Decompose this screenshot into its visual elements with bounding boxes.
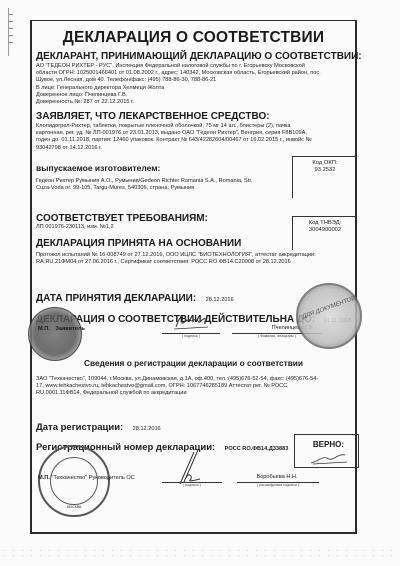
for-documents-stamp-text: ДЛЯ ДОКУМЕНТОВ [299, 295, 359, 322]
document-title: ДЕКЛАРАЦИЯ О СООТВЕТСТВИИ [32, 29, 355, 47]
acceptance-date-row: ДАТА ПРИНЯТИЯ ДЕКЛАРАЦИИ: 28.12.2016 [36, 288, 234, 306]
registration-date-row: Дата регистрации: 28.12.2016 [36, 417, 161, 435]
registration-date-label: Дата регистрации: [36, 422, 123, 433]
declarant-round-stamp [28, 307, 82, 361]
verno-certification-box: ВЕРНО: [294, 434, 359, 468]
declarant-details: АО "ГЕДЕОН РИХТЕР - РУС", Инспекция Феде… [36, 63, 356, 106]
requirements-value: ЛП 001976-230113, изм. №1,2 [36, 224, 114, 231]
binder-margin-marks [8, 8, 13, 56]
registrar-signature-icon [174, 446, 210, 486]
basis-heading: ДЕКЛАРАЦИЯ ПРИНЯТА НА ОСНОВАНИИ [36, 238, 241, 249]
declaration-frame: ДЕКЛАРАЦИЯ О СООТВЕТСТВИИ ДЕКЛАРАНТ, ПРИ… [30, 20, 357, 534]
tnved-label: Код ТНВЭД: [293, 220, 357, 227]
product-heading: ЗАЯВЛЯЕТ, ЧТО ЛЕКАРСТВЕННОЕ СРЕДСТВО: [36, 111, 270, 122]
product-line: 93042798 от 14.12.2016 г. [36, 145, 356, 152]
registrar-role: Руководитель ОС [89, 475, 135, 481]
for-documents-stamp: ДЛЯ ДОКУМЕНТОВ [296, 283, 362, 349]
okp-value: 93 2532 [293, 167, 357, 174]
declarant-signature-icon [172, 311, 212, 333]
declarant-line: Доверенность №: 287 от 22.12.2015 г. [36, 99, 356, 106]
registration-date-value: 28.12.2016 [133, 426, 161, 432]
declarant-signature-caption: ( подпись ) [162, 333, 220, 338]
acceptance-date-label: ДАТА ПРИНЯТИЯ ДЕКЛАРАЦИИ: [36, 293, 196, 304]
registrar-signature-caption: ( подпись ) [162, 482, 222, 487]
declarant-role: Заявитель [55, 326, 85, 332]
registrar-name-caption: ( расшифровка подписи ) [237, 482, 319, 487]
manufacturer-details: Гедеон Рихтер Румыния А.О., Румыния/Gede… [36, 178, 296, 192]
basis-line: RA.RU.21ФМ04 от 27.06.2016 г., Сертифика… [36, 259, 358, 266]
tnved-value: 3004900002 [293, 227, 357, 234]
product-line: годен до: 01.11.2018, партия: 12460 упак… [36, 137, 356, 144]
declarant-line: области ОГРН: 1025001466401 от 01.08.200… [36, 70, 356, 77]
verno-label: ВЕРНО: [295, 440, 344, 449]
requirements-heading: СООТВЕТСТВУЕТ ТРЕБОВАНИЯМ: [36, 213, 208, 224]
declarant-heading: ДЕКЛАРАНТ, ПРИНИМАЮЩИЙ ДЕКЛАРАЦИЮ О СООТ… [36, 51, 362, 62]
declarant-line: Доверенное лицо: Пчелинцева Г.В. [36, 92, 356, 99]
acceptance-date-value: 28.12.2016 [206, 297, 234, 303]
registrar-stamp-org: "Техкачество" [51, 475, 87, 481]
registration-line: ЗАО "Техкачество", 109044, г.Москва, ул.… [36, 376, 358, 383]
tnved-code-box: Код ТНВЭД: 3004900002 [292, 216, 357, 250]
scan-noise [0, 548, 400, 558]
registrar-mp-row: М.П. "Техкачество" Руководитель ОС [38, 475, 135, 482]
manufacturer-line: Cuza-Voda nr. 99-105, Targu-Mures, 54030… [36, 185, 296, 192]
registrar-stamp-city: МОСКВА [40, 505, 108, 509]
declarant-line: В лице: Генерального директора Хелмеци Ж… [36, 85, 356, 92]
mp-label: М.П. [38, 326, 50, 332]
manufacturer-heading: выпускаемое изготовителем: [36, 163, 160, 173]
okp-label: Код ОКП: [293, 160, 357, 167]
registration-line: RU.0001.11ФВ14, Федеральной службой по а… [36, 390, 358, 397]
registration-heading: Сведения о регистрации декларации о соот… [32, 358, 355, 368]
manufacturer-line: Гедеон Рихтер Румыния А.О., Румыния/Gede… [36, 178, 296, 185]
registrar-mp-label: М.П. [38, 475, 50, 481]
declarant-mp-row: М.П. Заявитель [38, 326, 85, 333]
registration-details: ЗАО "Техкачество", 109044, г.Москва, ул.… [36, 376, 358, 398]
product-details: Клопидогрел-Рихтер, таблетки, покрытые п… [36, 123, 356, 152]
basis-details: Протокол испытаний № 16-008749 от 27.12.… [36, 252, 358, 266]
registration-number-value: РОСС RO.ФВ14.Д33883 [225, 446, 289, 452]
registrar-name: Воробьева Н.Н. [237, 474, 317, 481]
okp-code-box: Код ОКП: 93 2532 [292, 156, 357, 198]
verno-signature-icon [309, 451, 349, 465]
basis-line: Протокол испытаний № 16-008749 от 27.12.… [36, 252, 358, 259]
declarant-line: Шувое, ул.Лесная, дом 40. Телефон/факс: … [36, 77, 356, 84]
product-line: Клопидогрел-Рихтер, таблетки, покрытые п… [36, 123, 356, 130]
